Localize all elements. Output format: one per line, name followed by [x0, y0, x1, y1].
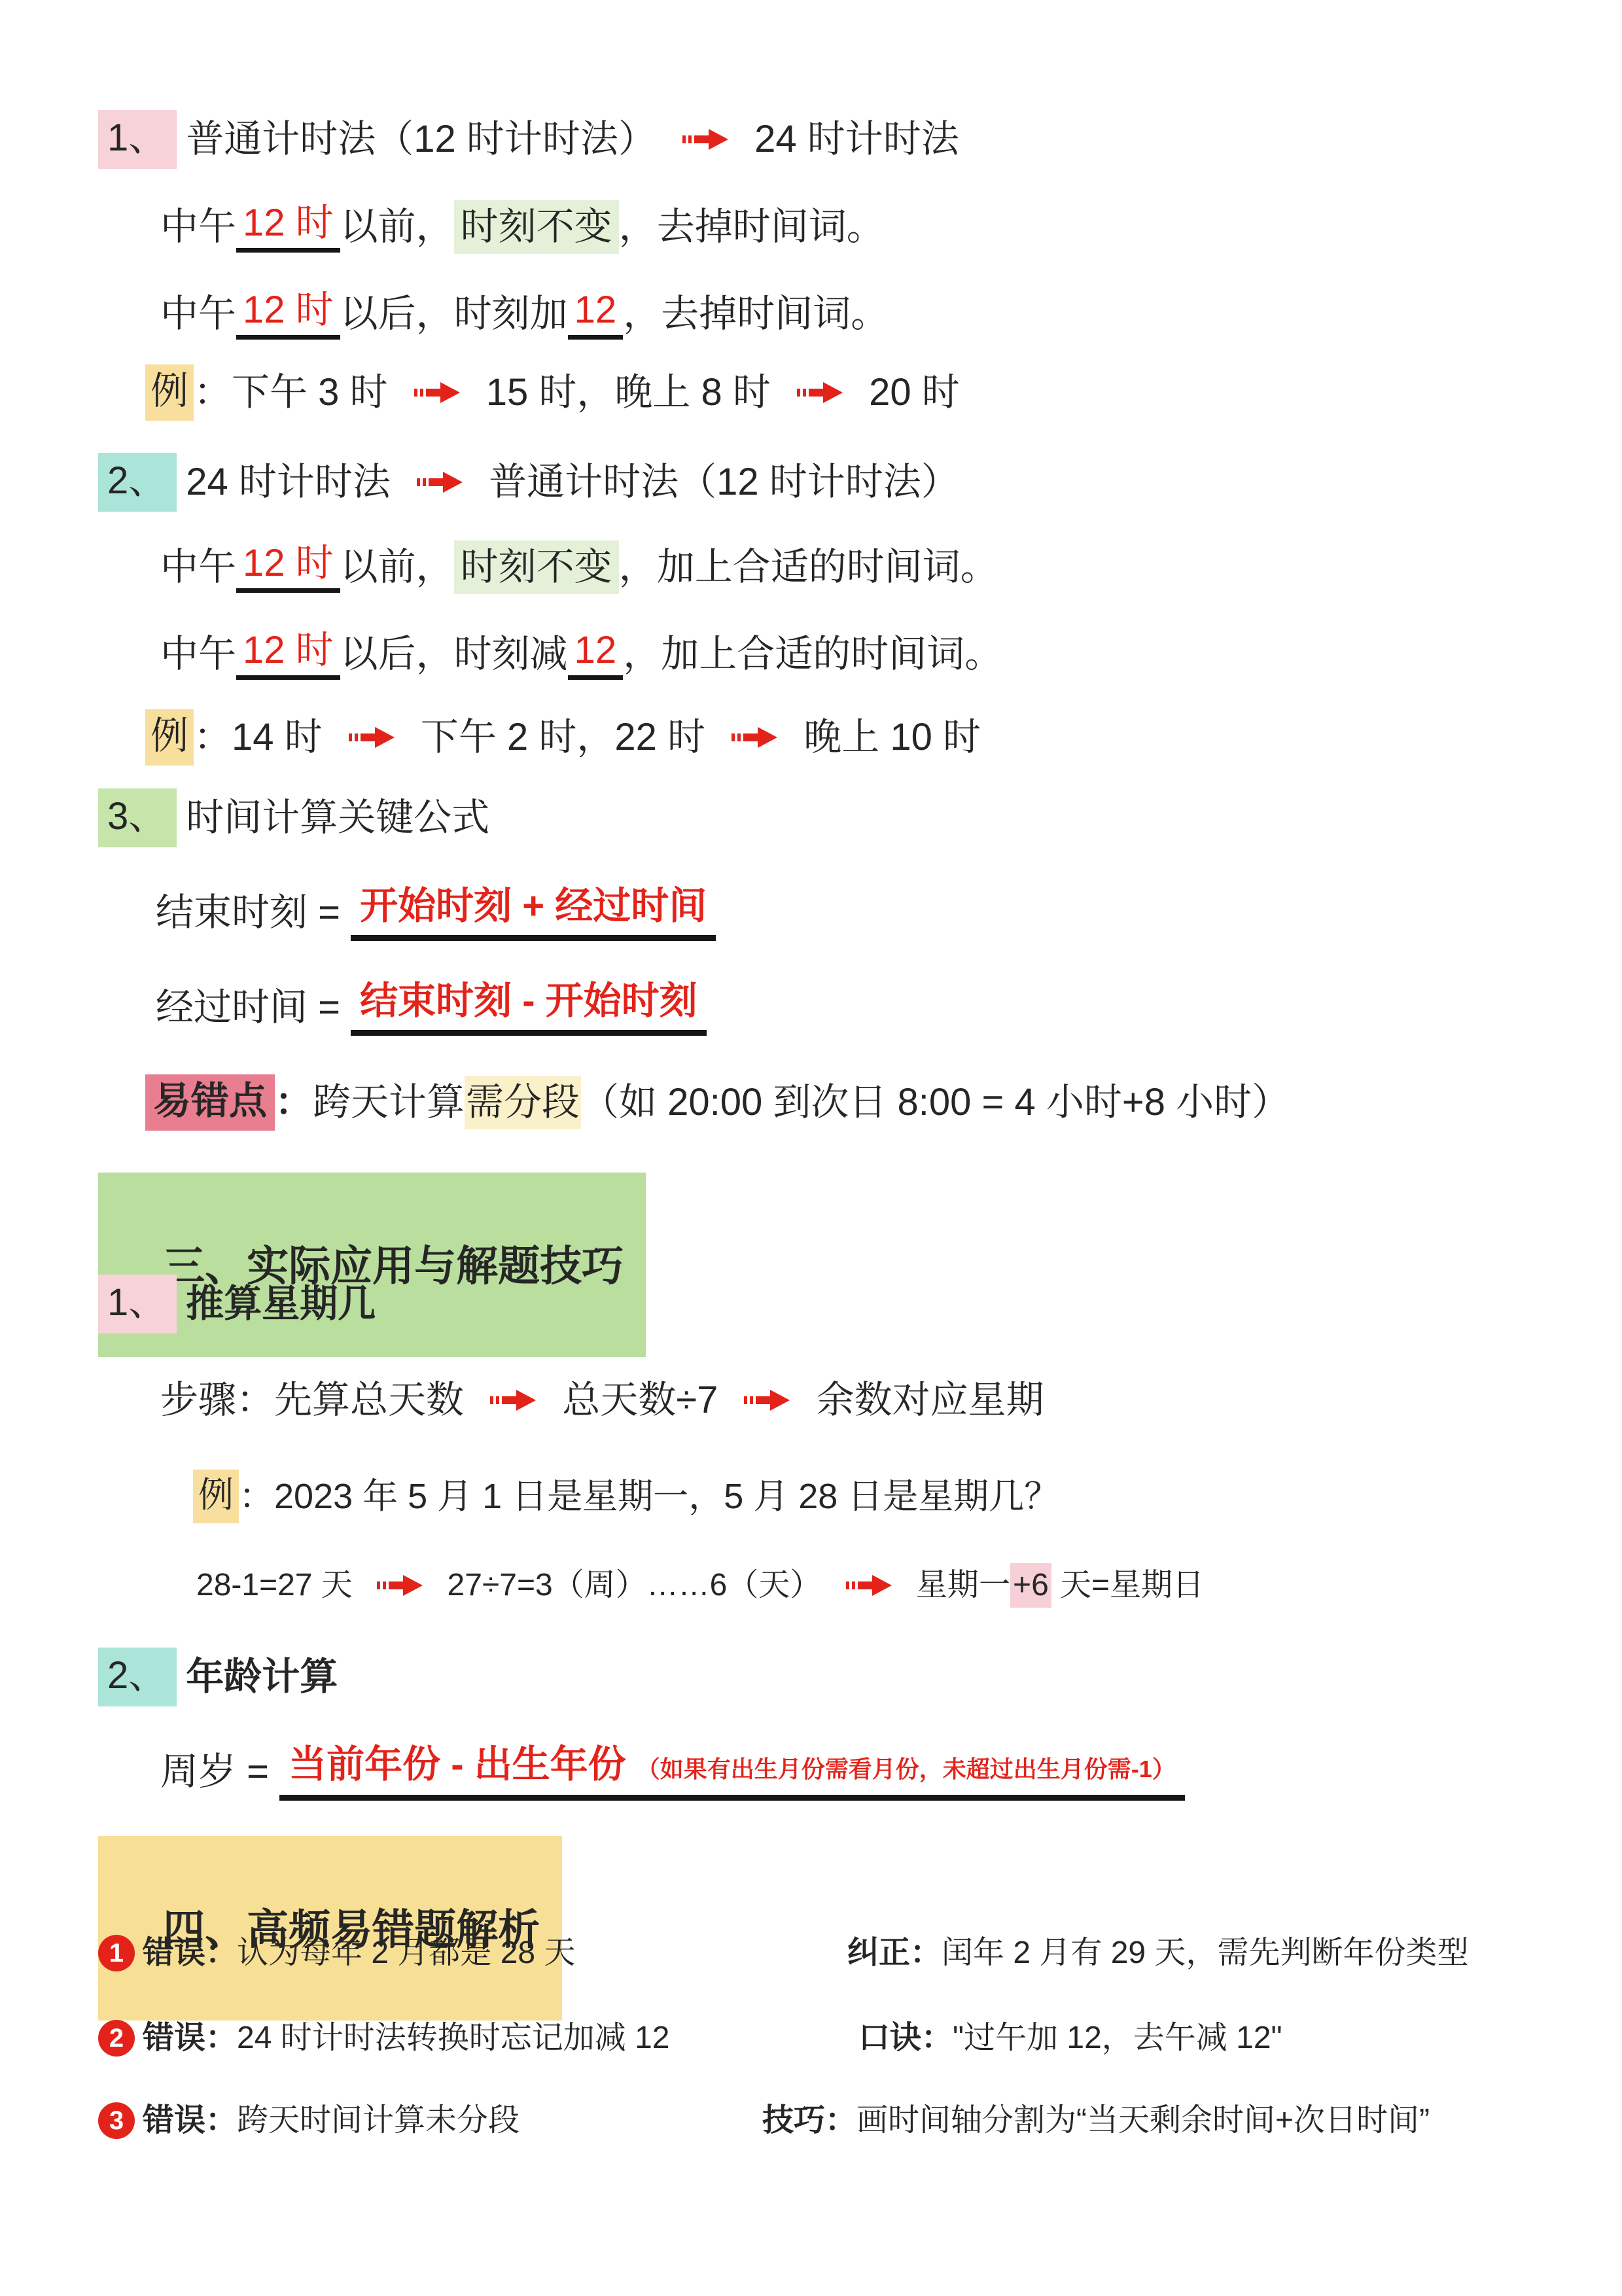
- arrow-right-icon: [797, 381, 843, 404]
- error-item-3: 3 错误： 跨天时间计算未分段 技巧：画时间轴分割为“当天剩余时间+次日时间”: [98, 2085, 520, 2157]
- error-label: 错误：: [143, 2020, 237, 2056]
- pitfall-colon: ：: [275, 1081, 313, 1125]
- arrow-right-icon: [417, 470, 463, 494]
- correction: 技巧：画时间轴分割为“当天剩余时间+次日时间”: [710, 2066, 1430, 2175]
- pitfall-line: 易错点 ： 跨天计算 需分段 （如 20:00 到次日 8:00 = 4 小时+…: [145, 1063, 1290, 1142]
- error-item-1: 1 错误： 认为每年 2 月都是 28 天 纠正：闰年 2 月有 29 天，需先…: [98, 1917, 575, 1989]
- topic-1-title: 1、 推算星期几: [98, 1265, 376, 1343]
- example-tag: 例: [145, 364, 194, 421]
- rule-text: 普通计时法（12 时计时法）: [186, 118, 667, 162]
- error-text: 24 时计时法转换时忘记加减 12: [237, 2020, 669, 2056]
- circled-number-icon: 3: [98, 2102, 135, 2139]
- notes-page: 1、 普通计时法（12 时计时法） 24 时计时法 中午 12 时 以前， 时刻…: [0, 0, 1622, 2296]
- correction-text: 画时间轴分割为“当天剩余时间+次日时间”: [856, 2103, 1430, 2138]
- rule-text: 中午: [160, 633, 236, 677]
- item-number-badge: 3、: [98, 788, 177, 848]
- circled-number-icon: 2: [98, 2020, 135, 2057]
- rule-2-title: 2、 24 时计时法 普通计时法（12 时计时法）: [98, 443, 959, 521]
- circled-number-icon: 1: [98, 1935, 135, 1971]
- example-text: 20 时: [858, 371, 960, 415]
- example-tag: 例: [145, 709, 194, 766]
- blank-answer: 12 时: [236, 542, 340, 593]
- formula-main: 当前年份 - 出生年份: [289, 1743, 637, 1787]
- rule-text: 中午: [160, 546, 236, 590]
- rule-3-title: 3、 时间计算关键公式: [98, 779, 489, 857]
- correction-label: 纠正：: [847, 1935, 942, 1970]
- rule-text: ，加上合适的时间词。: [619, 546, 998, 590]
- steps-text: 步骤：先算总天数: [160, 1379, 474, 1422]
- highlighted-phrase: 时刻不变: [454, 200, 619, 255]
- rule-line: 中午 12 时 以后，时刻加 12 ，去掉时间词。: [160, 275, 889, 353]
- arrow-right-icon: [414, 381, 460, 404]
- rule-text: ，去掉时间词。: [619, 205, 885, 249]
- solution-text: 28-1=27 天: [196, 1567, 361, 1603]
- rule-text: 普通计时法（12 时计时法）: [478, 461, 959, 504]
- pitfall-tag: 易错点: [145, 1074, 275, 1131]
- formula-line: 结束时刻 = 开始时刻 + 经过时间: [156, 874, 716, 952]
- rule-text: 以前，: [340, 546, 454, 590]
- example-line: 例 ：14 时 下午 2 时，22 时 晚上 10 时: [145, 698, 981, 777]
- example-tag: 例: [193, 1470, 239, 1523]
- rule-text: ，加上合适的时间词。: [623, 633, 1002, 677]
- rule-text: 以前，: [340, 205, 454, 249]
- error-label: 错误：: [143, 2102, 237, 2138]
- steps-line: 步骤：先算总天数 总天数÷7 余数对应星期: [160, 1361, 1044, 1439]
- formula-note: （如果有出生月份需看月份，未超过出生月份需-1）: [637, 1756, 1176, 1782]
- rule-1-title: 1、 普通计时法（12 时计时法） 24 时计时法: [98, 100, 959, 179]
- rule-text: 以后，时刻减: [340, 633, 568, 677]
- correction-text: "过午加 12，去午减 12": [953, 2021, 1282, 2055]
- correction-label: 技巧：: [762, 2103, 856, 2138]
- rule-text: 以后，时刻加: [340, 292, 568, 336]
- formula-label: 周岁 =: [160, 1750, 279, 1794]
- correction-text: 闰年 2 月有 29 天，需先判断年份类型: [942, 1935, 1468, 1970]
- formula-value: 当前年份 - 出生年份 （如果有出生月份需看月份，未超过出生月份需-1）: [279, 1743, 1185, 1801]
- blank-answer: 12 时: [236, 202, 340, 253]
- rule-line: 中午 12 时 以后，时刻减 12 ，加上合适的时间词。: [160, 615, 1002, 694]
- rule-text: 24 时计时法: [186, 461, 401, 504]
- example-text: 晚上 10 时: [793, 716, 981, 760]
- solution-text: 天=星期日: [1051, 1567, 1204, 1603]
- rule-text: 24 时计时法: [744, 118, 959, 162]
- arrow-right-icon: [349, 726, 395, 749]
- correction-label: 口诀：: [858, 2021, 953, 2055]
- topic-text: 年龄计算: [186, 1655, 338, 1699]
- example-text: ：2023 年 5 月 1 日是星期一，5 月 28 日是星期几？: [239, 1476, 1059, 1517]
- worked-solution-line: 28-1=27 天 27÷7=3（周）……6（天） 星期一 +6 天=星期日: [196, 1549, 1204, 1621]
- rule-text: 时间计算关键公式: [186, 796, 489, 840]
- example-line: 例 ：2023 年 5 月 1 日是星期一，5 月 28 日是星期几？: [193, 1457, 1059, 1536]
- example-line: 例 ：下午 3 时 15 时，晚上 8 时 20 时: [145, 353, 960, 432]
- rule-text: ，去掉时间词。: [623, 292, 889, 336]
- arrow-right-icon: [377, 1574, 423, 1597]
- item-number-badge: 2、: [98, 1648, 177, 1707]
- formula-value: 开始时刻 + 经过时间: [351, 885, 716, 941]
- pitfall-text: （如 20:00 到次日 8:00 = 4 小时+8 小时）: [581, 1081, 1290, 1125]
- example-text: 15 时，晚上 8 时: [476, 371, 781, 415]
- solution-text: 星期一: [908, 1567, 1010, 1603]
- error-text: 跨天时间计算未分段: [237, 2102, 520, 2138]
- rule-line: 中午 12 时 以前， 时刻不变 ，加上合适的时间词。: [160, 528, 998, 607]
- rule-line: 中午 12 时 以前， 时刻不变 ，去掉时间词。: [160, 188, 885, 266]
- blank-answer: 12 时: [236, 289, 340, 340]
- blank-answer: 12: [568, 629, 624, 680]
- formula-label: 经过时间 =: [156, 986, 351, 1030]
- example-text: ：下午 3 时: [194, 371, 398, 415]
- error-text: 认为每年 2 月都是 28 天: [237, 1935, 575, 1971]
- pitfall-text: 跨天计算: [313, 1081, 465, 1125]
- arrow-right-icon: [846, 1574, 892, 1597]
- blank-answer: 12: [568, 289, 624, 340]
- steps-text: 余数对应星期: [805, 1379, 1044, 1422]
- item-number-badge: 1、: [98, 1275, 177, 1334]
- steps-text: 总天数÷7: [552, 1379, 728, 1422]
- item-number-badge: 2、: [98, 453, 177, 512]
- highlighted-phrase: +6: [1010, 1563, 1051, 1607]
- highlighted-phrase: 时刻不变: [454, 540, 619, 595]
- formula-line: 经过时间 = 结束时刻 - 开始时刻: [156, 968, 707, 1047]
- formula-line: 周岁 = 当前年份 - 出生年份 （如果有出生月份需看月份，未超过出生月份需-1…: [160, 1733, 1185, 1811]
- rule-text: 中午: [160, 205, 236, 249]
- arrow-right-icon: [682, 128, 728, 151]
- blank-answer: 12 时: [236, 629, 340, 680]
- formula-label: 结束时刻 =: [156, 891, 351, 935]
- arrow-right-icon: [744, 1388, 790, 1412]
- arrow-right-icon: [732, 726, 777, 749]
- error-label: 错误：: [143, 1935, 237, 1971]
- error-item-2: 2 错误： 24 时计时法转换时忘记加减 12 口诀："过午加 12，去午减 1…: [98, 2002, 669, 2074]
- rule-text: 中午: [160, 292, 236, 336]
- arrow-right-icon: [490, 1388, 536, 1412]
- highlighted-phrase: 需分段: [465, 1076, 581, 1130]
- solution-text: 27÷7=3（周）……6（天）: [438, 1567, 830, 1603]
- formula-value: 结束时刻 - 开始时刻: [351, 980, 707, 1036]
- example-text: ：14 时: [194, 716, 333, 760]
- topic-2-title: 2、 年龄计算: [98, 1638, 338, 1716]
- example-text: 下午 2 时，22 时: [410, 716, 716, 760]
- topic-text: 推算星期几: [186, 1282, 376, 1326]
- item-number-badge: 1、: [98, 110, 177, 169]
